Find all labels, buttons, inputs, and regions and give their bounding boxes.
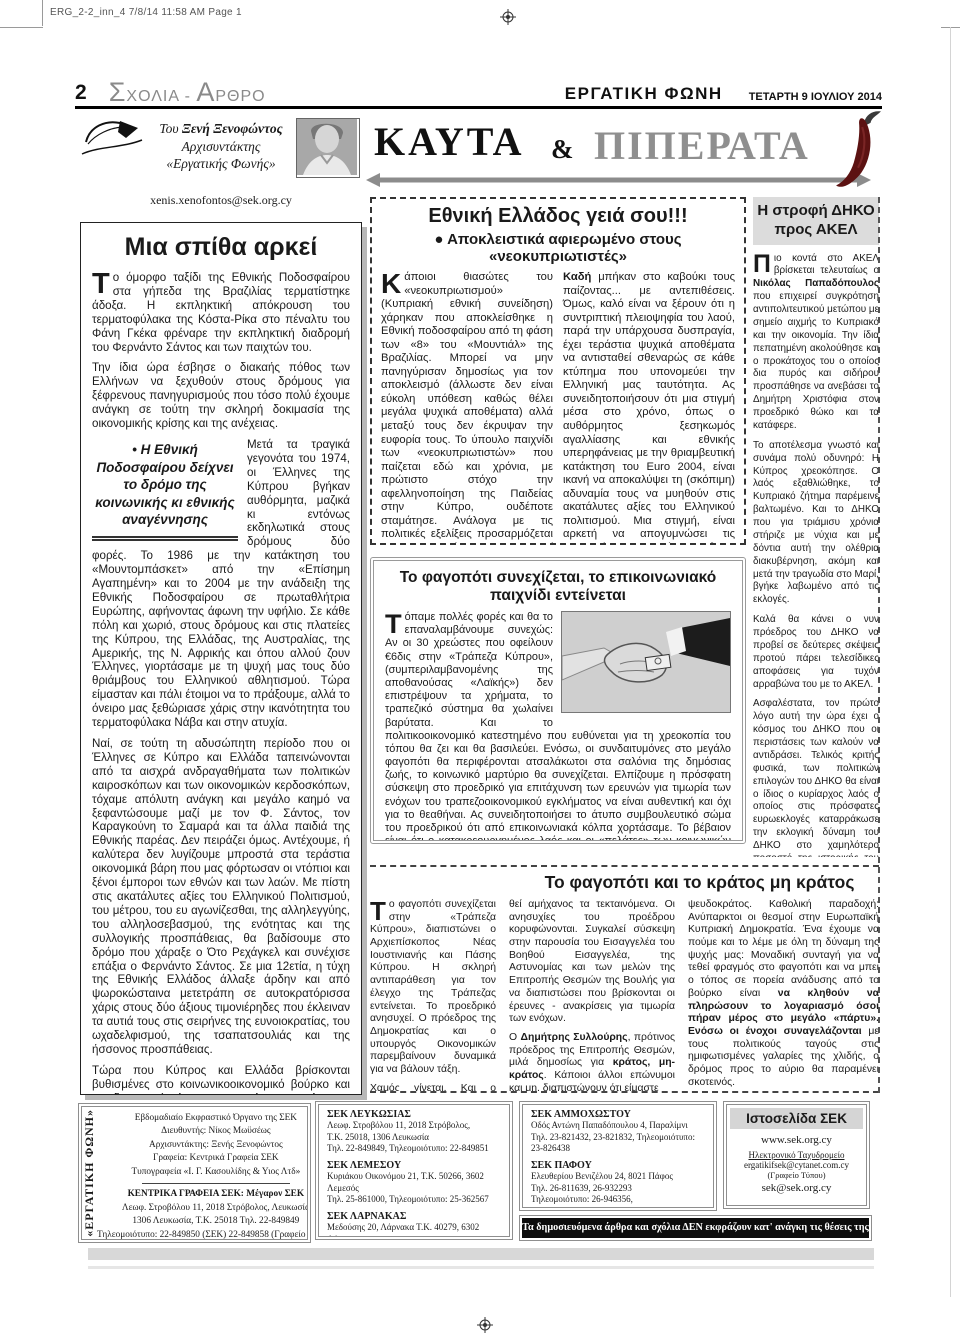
imprint-box: «ΕΡΓΑΤΙΚΗ ΦΩΝΗ» Εβδομαδιαίο Εκφραστικό Ό… (81, 1106, 308, 1240)
website-box-title: Ιστοσελίδα ΣΕΚ (730, 1108, 863, 1129)
newspaper-page: ERG_2-2_inn_4 7/8/14 11:58 AM Page 1 2 Σ… (0, 0, 960, 1333)
banner-word-piperata: ΠΙΠΕΡΑΤΑ (594, 122, 810, 169)
paragraph: Καλά θα κάνει ο νυν πρόεδρος του ΔΗΚΟ να… (753, 614, 879, 691)
page-edge-line (950, 27, 951, 1297)
paragraph: Χαμός γίνεται. Και ο λαουτσίκος που πληρ… (370, 1083, 496, 1093)
masthead: 2 ΣΧΟΛΙΑ - ΑΡΘΡΟ ΕΡΓΑΤΙΚΗ ΦΩΝΗ ΤΕΤΑΡΤΗ 9… (75, 70, 882, 109)
paragraph: ψευδοκράτος. Καθολική παραδοχή: Ανύπαρκτ… (688, 899, 879, 1089)
article-body: Το όμορφο ταξίδι της Εθνικής Ποδοσφαίρου… (92, 271, 350, 1095)
crop-mark (0, 27, 43, 28)
text-column: ψευδοκράτος. Καθολική παραδοχή: Ανύπαρκτ… (688, 899, 879, 1093)
pull-quote: • Η Εθνική Ποδοσφαίρου δείχνει το δρόμο … (92, 441, 238, 541)
double-arrow-icon (366, 172, 871, 188)
paper-name-vertical: «ΕΡΓΑΤΙΚΗ ΦΩΝΗ» (82, 1107, 97, 1239)
article-title: Μια σπίθα αρκεί (92, 233, 350, 262)
byline: Του Ξενή Ξενοφώντος Αρχισυντάκτης «Εργατ… (150, 114, 292, 189)
text-column: θεί αμήχανος τα τεκταινόμενα. Οι ανησυχί… (509, 899, 675, 1093)
page-number: 2 (75, 81, 87, 106)
offices-box-1: ΣΕΚ ΛΕΥΚΩΣΙΑΣ Λεωφ. Στροβόλου 11, 2018 Σ… (318, 1104, 510, 1237)
registration-mark-icon (500, 9, 516, 25)
paragraph: Την ίδια ώρα έσβησε ο διακαής πόθος των … (92, 361, 350, 431)
page-bottom-band (88, 1248, 874, 1260)
article-mia-spitha: Μια σπίθα αρκεί Το όμορφο ταξίδι της Εθν… (80, 222, 362, 1095)
article-title: Το φαγοπότι και το κράτος μη κράτος (370, 872, 879, 893)
article-fagopoti-synexizetai: Το φαγοπότι συνεχίζεται, το επικοινωνιακ… (370, 557, 746, 844)
paragraph: Το όμορφο ταξίδι της Εθνικής Ποδοσφαίρου… (92, 271, 350, 354)
paragraph: Ο Δημήτρης Συλλούρης, πρότινος πρόεδρος … (509, 1032, 675, 1093)
paragraph: Καδή μπήκαν στο καβούκι τους παίζοντας..… (563, 271, 735, 545)
registration-mark-icon (477, 1317, 493, 1333)
banner-ampersand: & (551, 134, 574, 165)
paragraph: Ναί, σε τούτη τη αδυσώπητη περίοδο που ο… (92, 737, 350, 1057)
office-entry: ΣΕΚ ΛΕΥΚΩΣΙΑΣ Λεωφ. Στροβόλου 11, 2018 Σ… (327, 1109, 501, 1155)
email-label: Ηλεκτρονικό Ταχυδρομείο (727, 1150, 866, 1160)
text-column: Το φαγοπότι συνεχίζεται στην «Τράπεζα Κύ… (370, 899, 496, 1093)
paragraph: θεί αμήχανος τα τεκταινόμενα. Οι ανησυχί… (509, 899, 675, 1026)
website-box: Ιστοσελίδα ΣΕΚ www.sek.org.cy Ηλεκτρονικ… (726, 1104, 867, 1206)
article-title: Η στροφή ΔΗΚΟ προς ΑΚΕΛ (753, 197, 879, 245)
page-bottom-band (88, 1266, 874, 1269)
imprint-lines: Εβδομαδιαίο Εκφραστικό Όργανο της ΣΕΚΔιε… (97, 1112, 308, 1179)
print-job-line: ERG_2-2_inn_4 7/8/14 11:58 AM Page 1 (50, 7, 242, 18)
article-kratos-mi-kratos: Το φαγοπότι και το κράτος μη κράτος Το φ… (370, 865, 879, 1093)
office-entry: ΣΕΚ ΛΕΜΕΣΟΥ Κυριάκου Οικονόμου 21, Τ.Κ. … (327, 1160, 501, 1206)
kayta-piperata-banner: ΚΑΥΤΑ & ΠΙΠΕΡΑΤΑ (366, 116, 882, 196)
article-subtitle: ● Αποκλειστικά αφιερωμένο στους «νεοκυπρ… (381, 231, 735, 265)
article-ethniki-ellados: Εθνική Ελλάδος γειά σου!!! ● Αποκλειστικ… (370, 197, 746, 545)
author-block: Του Ξενή Ξενοφώντος Αρχισυντάκτης «Εργατ… (80, 114, 362, 218)
office-entry: ΣΕΚ ΠΑΦΟΥ Ελευθερίου Βενιζέλου 24, 8021 … (531, 1160, 705, 1206)
crop-mark (42, 0, 43, 26)
author-photo (296, 118, 360, 178)
paragraph: Το φαγοπότι συνεχίζεται στην «Τράπεζα Κύ… (370, 899, 496, 1077)
paragraph: Τώρα που Κύπρος και Ελλάδα βρίσκονται βυ… (92, 1064, 350, 1095)
pen-icon (80, 114, 144, 160)
office-entry: ΣΕΚ ΛΑΡΝΑΚΑΣ Μεδούσης 20, Λάρνακα Τ.Κ. 4… (327, 1211, 501, 1237)
sek-email[interactable]: sek@sek.org.cy (727, 1182, 866, 1194)
hq-address-lines: ΚΕΝΤΡΙΚΑ ΓΡΑΦΕΙΑ ΣΕΚ: Μέγαρον ΣΕΚΛεωφ. Σ… (97, 1188, 308, 1240)
author-email[interactable]: xenis.xenofontos@sek.org.cy (80, 189, 362, 219)
article-title: Το φαγοπότι συνεχίζεται, το επικοινωνιακ… (385, 569, 731, 605)
paragraph: Το αποτέλεσμα γνωστό και συνάμα πολύ οδυ… (753, 440, 879, 607)
bullet-icon: • (132, 442, 137, 457)
paragraph: Πιο κοντά στο ΑΚΕΛ βρίσκεται τελευταίως … (753, 253, 879, 433)
article-strofi-dhko: Η στροφή ΔΗΚΟ προς ΑΚΕΛ Πιο κοντά στο ΑΚ… (753, 197, 879, 857)
article-title: Εθνική Ελλάδος γειά σου!!! (381, 205, 735, 228)
banner-word-kayta: ΚΑΥΤΑ (374, 118, 524, 165)
paragraph: Ασφαλέστατα, τον πρώτο λόγο αυτή την ώρα… (753, 698, 879, 857)
disclaimer-bar: Τα δημοσιευόμενα άρθρα και σχόλια ΔΕΝ εκ… (522, 1218, 869, 1238)
column-divider (878, 197, 880, 1093)
paragraph: Κάποιοι θιασώτες του «νεοκυπριωτισμού» (… (381, 271, 553, 545)
website-url[interactable]: www.sek.org.cy (727, 1134, 866, 1146)
divider (142, 1183, 289, 1184)
office-entry: ΣΕΚ ΑΜΜΟΧΩΣΤΟΥ Οδός Αντώνη Παπαδόπουλου … (531, 1109, 705, 1155)
handshake-photo (561, 611, 731, 713)
text-column: Καδή μπήκαν στο καβούκι τους παίζοντας..… (563, 271, 735, 545)
press-office-email[interactable]: ergatikifsek@cytanet.com.cy (727, 1160, 866, 1170)
offices-box-2: ΣΕΚ ΑΜΜΟΧΩΣΤΟΥ Οδός Αντώνη Παπαδόπουλου … (522, 1104, 714, 1208)
text-column: Κάποιοι θιασώτες του «νεοκυπριωτισμού» (… (381, 271, 553, 545)
chili-pepper-icon (834, 108, 882, 192)
issue-date: ΤΕΤΑΡΤΗ 9 ΙΟΥΛΙΟΥ 2014 (749, 91, 882, 106)
section-title: ΣΧΟΛΙΑ - ΑΡΘΡΟ (109, 79, 565, 106)
press-office-note: (Γραφείο Τύπου) (727, 1170, 866, 1180)
paper-name: ΕΡΓΑΤΙΚΗ ΦΩΝΗ (565, 84, 723, 106)
